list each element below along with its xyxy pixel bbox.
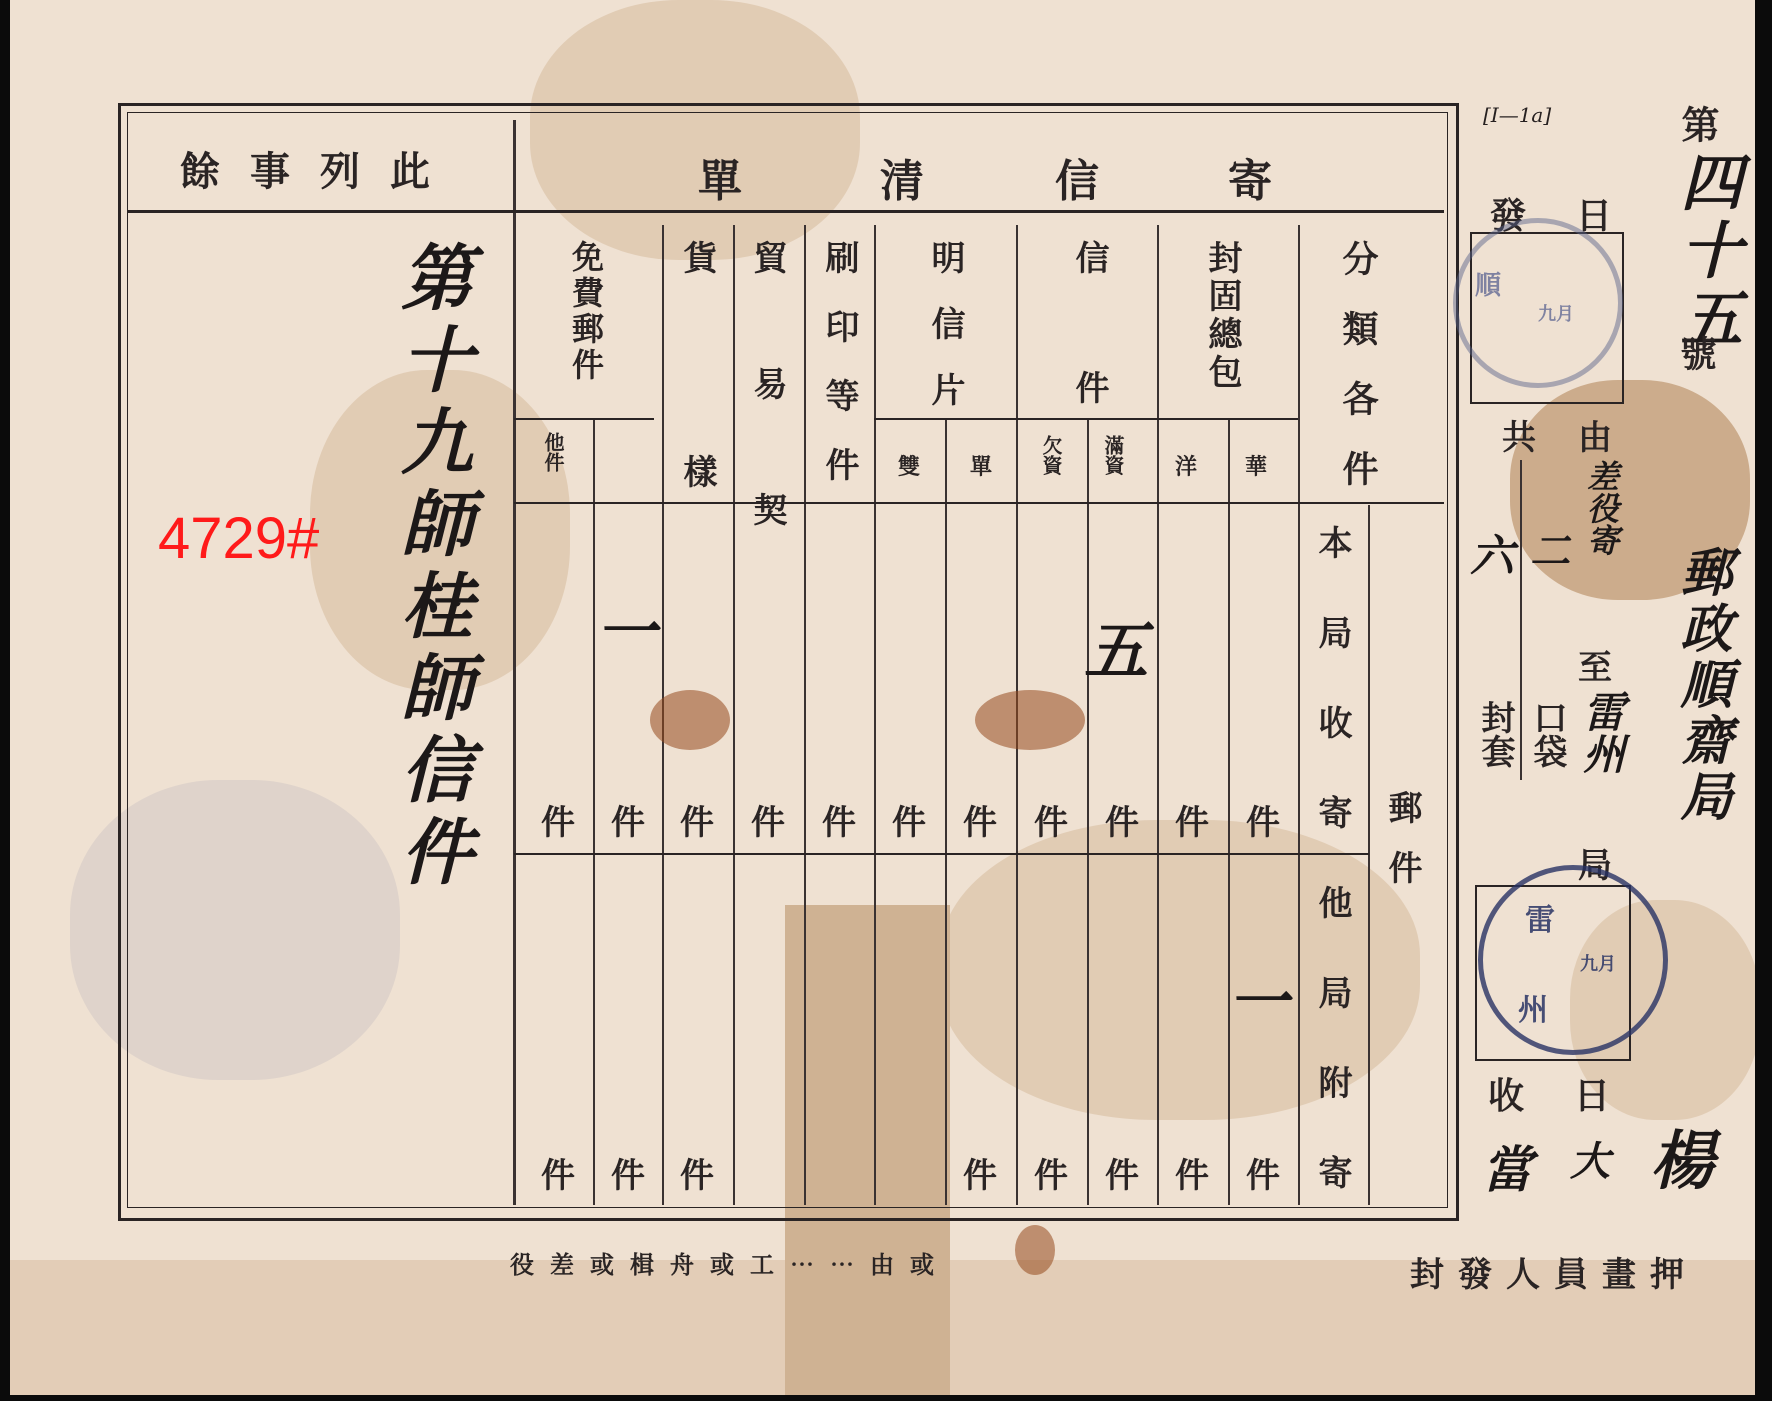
title-char-dan: 單: [698, 145, 742, 209]
to-label: 至: [1578, 640, 1612, 689]
subheader-other: 他件: [543, 432, 563, 472]
postal-form-sheet: 餘事列此 4729# 第十九師桂師信件 單 清 信 寄 分類各件 封固總包 華 …: [10, 0, 1755, 1395]
col-line: [1368, 505, 1370, 1205]
unit-cell: 件: [945, 795, 1015, 844]
value-sealed-foreign: 一: [1228, 955, 1288, 1041]
signature-line-label: 封發人員畫押: [1410, 1247, 1698, 1296]
receive-date-hand: 大: [1570, 1130, 1610, 1187]
unit-cell: 件: [593, 795, 663, 844]
header-printed-matter: 刷印等件: [822, 240, 856, 516]
number-suffix: 號: [1678, 335, 1714, 371]
subheader-foreign: 洋: [1175, 450, 1197, 481]
unit-cell: 件: [523, 795, 593, 844]
value-letters-paid: 五: [1084, 600, 1148, 692]
receive-postmark: [1478, 865, 1668, 1055]
col-line: [733, 225, 735, 1205]
unit-cell: 件: [1228, 1148, 1298, 1197]
unit-cell: 件: [662, 795, 732, 844]
receive-postmark-text: 州: [1518, 985, 1548, 1029]
value-free-mail: 一: [596, 585, 656, 671]
unit-cell: 件: [1157, 1148, 1227, 1197]
receive-postmark-date: 九月: [1580, 950, 1616, 976]
subheader-rule: [514, 418, 654, 420]
header-sealed-bags: 封固總包: [1205, 240, 1239, 392]
total-count: 六: [1470, 520, 1514, 584]
from-label: 由: [1578, 410, 1612, 459]
unit-cell: 件: [1016, 1148, 1086, 1197]
title-char-ji: 寄: [1228, 145, 1272, 209]
receive-postmark-text: 雷: [1525, 895, 1555, 939]
form-code: [I—1a]: [1483, 103, 1551, 127]
subheader-single: 單: [970, 450, 992, 481]
rust-stain: [650, 690, 730, 750]
header-postcards: 明信片: [928, 240, 962, 438]
col-line: [1298, 225, 1300, 1205]
bags-label: 口袋: [1530, 700, 1564, 768]
office-name: 郵政順齋局: [1675, 545, 1727, 825]
header-bottom-rule: [514, 502, 1444, 504]
header-classification: 分類各件: [1340, 240, 1376, 520]
total-label: 共: [1502, 410, 1536, 459]
unit-cell: 件: [1228, 795, 1298, 844]
remarks-header: 餘事列此: [180, 140, 460, 197]
header-commercial-papers: 貿易契: [750, 240, 784, 618]
receive-date-label: 收日: [1488, 1068, 1660, 1119]
bag-count: 二: [1530, 520, 1570, 577]
unit-cell: 件: [945, 1148, 1015, 1197]
col-line: [874, 225, 876, 1205]
row-divider: [514, 853, 1369, 855]
remarks-header-rule: [128, 210, 514, 213]
unit-cell: 件: [593, 1148, 663, 1197]
form-number: 四十五: [1675, 150, 1737, 354]
unit-cell: 件: [1087, 1148, 1157, 1197]
unit-cell: 件: [1016, 795, 1086, 844]
header-samples: 貨樣: [680, 240, 714, 668]
receiver-name: 當: [1482, 1130, 1532, 1202]
send-postmark-date: 九月: [1538, 300, 1574, 326]
unit-cell: 件: [804, 795, 874, 844]
subheader-double: 雙: [898, 450, 920, 481]
title-rule: [514, 210, 1444, 213]
catalog-number: 4729#: [158, 505, 319, 572]
rust-stain: [975, 690, 1085, 750]
header-free-mail: 免費郵件: [570, 240, 602, 384]
envelopes-label: 封套: [1478, 700, 1512, 768]
destination: 雷州: [1580, 690, 1622, 774]
unit-cell: 件: [733, 795, 803, 844]
unit-cell: 件: [1157, 795, 1227, 844]
unit-cell: 件: [662, 1148, 732, 1197]
title-char-qing: 清: [880, 145, 924, 209]
bottom-note: 役差或楫舟或工⋯⋯由或: [510, 1245, 950, 1280]
subheader-unpaid: 欠資: [1041, 435, 1061, 475]
inner-frame: [127, 112, 1448, 1208]
unit-cell: 件: [1087, 795, 1157, 844]
mail-label: 郵件: [1385, 790, 1419, 910]
unit-cell: 件: [874, 795, 944, 844]
title-char-xin: 信: [1055, 145, 1099, 209]
send-postmark-text: 順: [1475, 265, 1501, 302]
subheader-chinese: 華: [1245, 450, 1267, 481]
number-prefix: 第: [1678, 105, 1716, 143]
col-line: [1157, 225, 1159, 1205]
signature: 楊: [1650, 1110, 1714, 1202]
row-label-local: 本局收寄: [1315, 525, 1349, 885]
total-separator: [1520, 460, 1522, 780]
col-line: [804, 225, 806, 1205]
handwritten-remarks: 第十九師桂師信件: [395, 240, 467, 896]
unit-cell: 件: [523, 1148, 593, 1197]
sender-origin: 差役寄: [1585, 460, 1617, 556]
row-label-other-office: 他局附寄: [1315, 885, 1349, 1245]
subheader-paid: 滿資: [1103, 435, 1123, 475]
rust-stain: [1015, 1225, 1055, 1275]
remarks-divider: [513, 120, 516, 1205]
